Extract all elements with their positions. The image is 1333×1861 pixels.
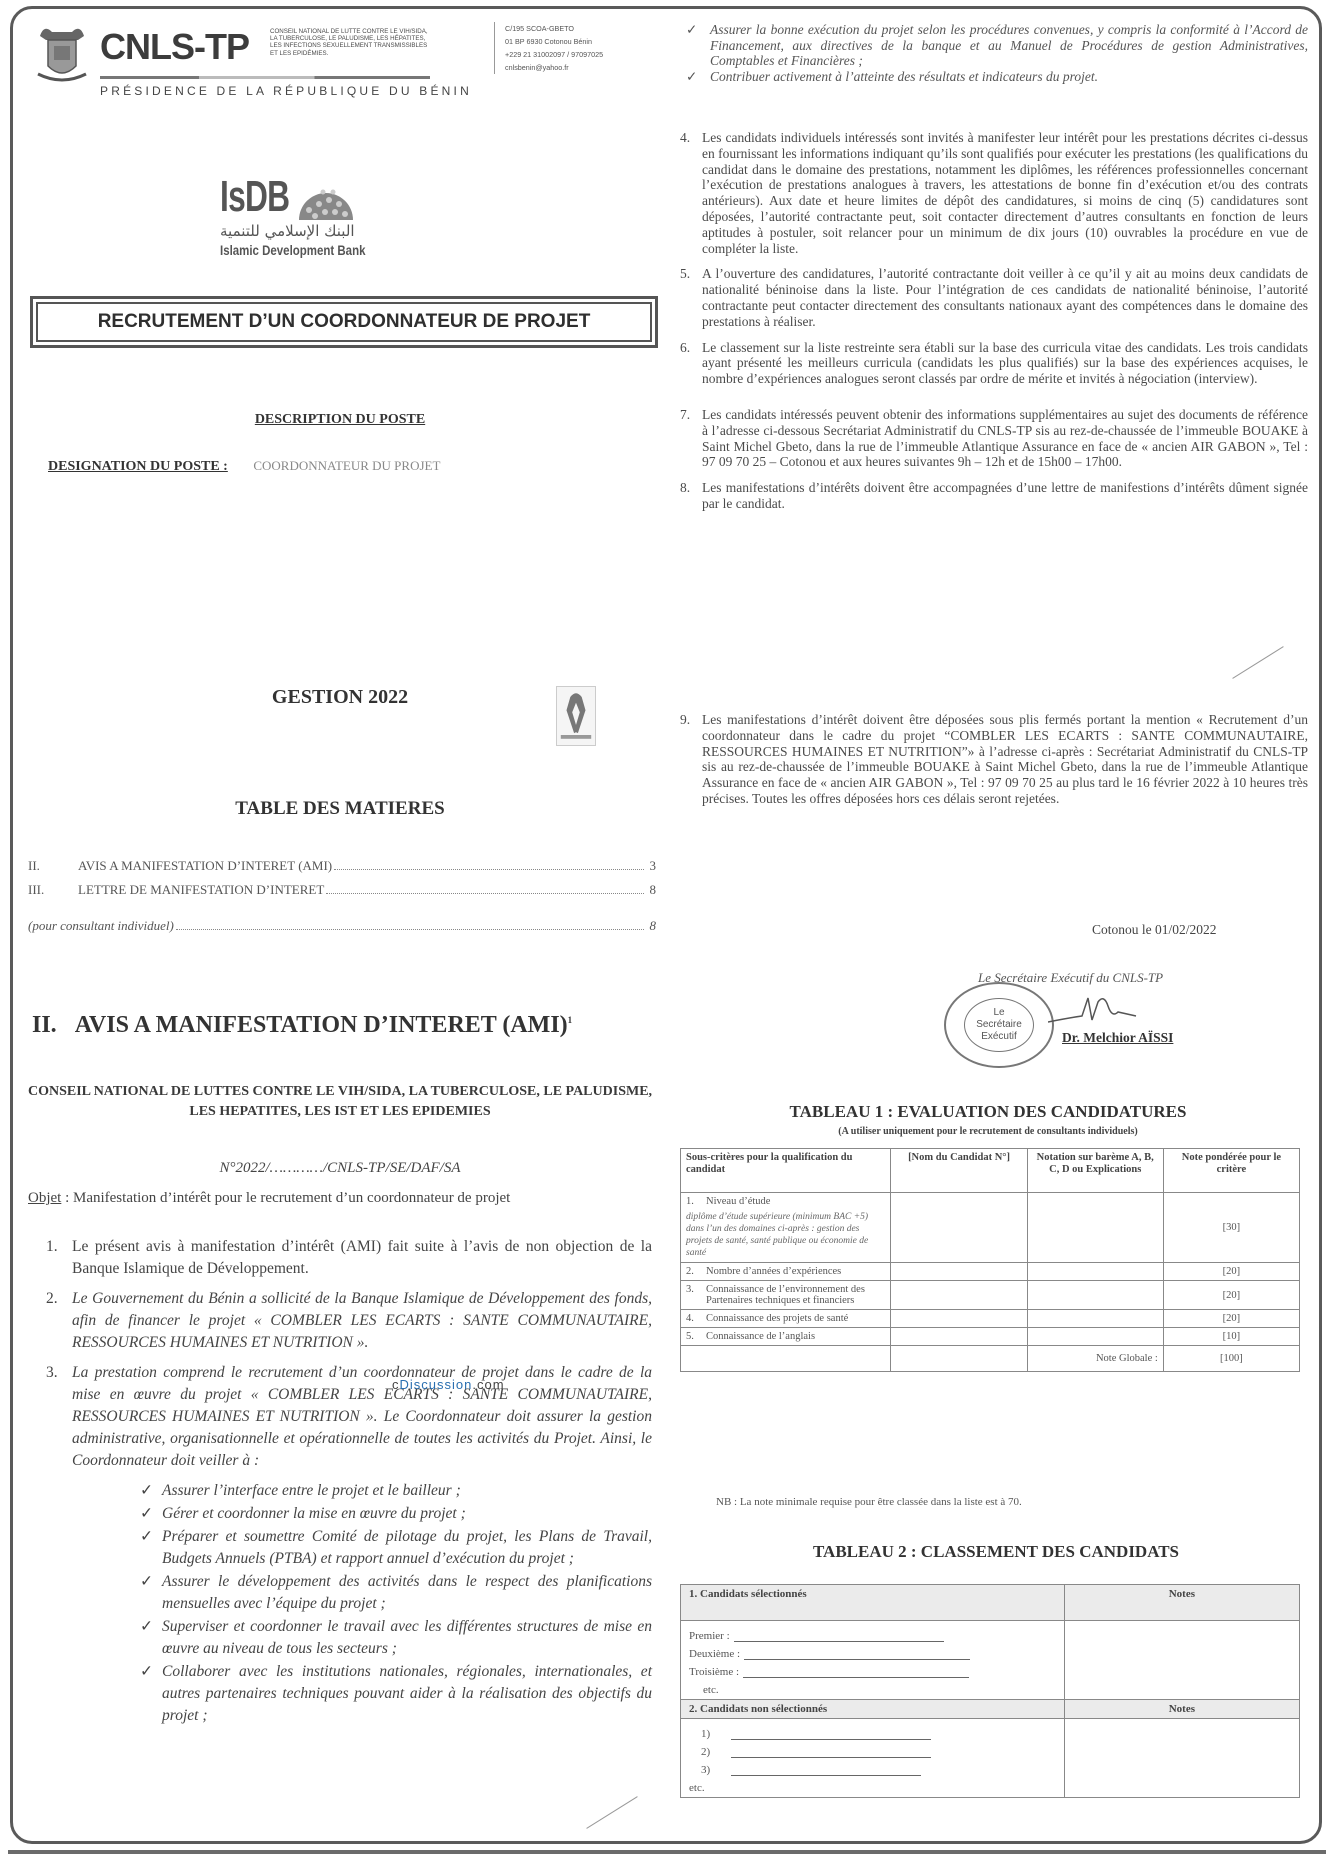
checkmark-icon: ✓ xyxy=(140,1503,162,1525)
paragraph: 9.Les manifestations d’intérêt doivent ê… xyxy=(680,712,1308,807)
candidate-name-cell[interactable] xyxy=(891,1310,1027,1328)
contact-email[interactable]: cnlsbenin@yahoo.fr xyxy=(505,61,603,74)
duty-item: ✓Assurer l’interface entre le projet et … xyxy=(140,1480,652,1502)
designation-value: COORDONNATEUR DU PROJET xyxy=(253,458,440,473)
isdb-acronym: IsDB xyxy=(220,172,289,222)
ami-paragraph-9: 9.Les manifestations d’intérêt doivent ê… xyxy=(680,712,1308,817)
weight-cell: [10] xyxy=(1163,1328,1299,1346)
table-row: 3.Connaissance de l’environnement des Pa… xyxy=(681,1281,1300,1310)
table-header-row: Sous-critères pour la qualification du c… xyxy=(681,1149,1300,1193)
contact-block: C/195 SCOA-GBETO 01 BP 6930 Cotonou Béni… xyxy=(494,22,603,74)
total-label: Note Globale : xyxy=(1027,1346,1163,1372)
paragraph: 4.Les candidats individuels intéressés s… xyxy=(680,130,1308,256)
ranking-entry[interactable]: Deuxième : xyxy=(689,1642,1056,1660)
toc-entry[interactable]: III. LETTRE DE MANIFESTATION D’INTERET 8 xyxy=(28,882,656,906)
weight-cell: [20] xyxy=(1163,1281,1299,1310)
candidate-name-cell[interactable] xyxy=(891,1281,1027,1310)
table-header-row: 1. Candidats sélectionnés Notes xyxy=(681,1585,1300,1621)
checkmark-icon: ✓ xyxy=(686,22,710,69)
footnote-mark[interactable]: 1 xyxy=(568,1015,573,1025)
ranking-entry[interactable]: Premier : xyxy=(689,1624,1056,1642)
total-value: [100] xyxy=(1163,1346,1299,1372)
duties-list: ✓Assurer l’interface entre le projet et … xyxy=(140,1480,652,1727)
evaluation-table: Sous-critères pour la qualification du c… xyxy=(680,1148,1300,1372)
rating-cell[interactable] xyxy=(1027,1281,1163,1310)
duties-list-continued: ✓Assurer la bonne exécution du projet se… xyxy=(686,22,1308,84)
rating-cell[interactable] xyxy=(1027,1310,1163,1328)
table-row: 1.Niveau d’étudediplôme d’étude supérieu… xyxy=(681,1193,1300,1263)
ranking-entry[interactable]: Troisième : xyxy=(689,1660,1056,1678)
contact-po-box: 01 BP 6930 Cotonou Bénin xyxy=(505,35,603,48)
council-name: CONSEIL NATIONAL DE LUTTES CONTRE LE VIH… xyxy=(22,1082,658,1122)
globe-icon xyxy=(295,178,357,222)
bottom-rule xyxy=(8,1850,1326,1854)
criterion-cell: 4.Connaissance des projets de santé xyxy=(681,1310,891,1328)
ranking-table: 1. Candidats sélectionnés Notes Premier … xyxy=(680,1584,1300,1798)
table1-title: TABLEAU 1 : EVALUATION DES CANDIDATURES xyxy=(668,1102,1308,1122)
criterion-cell: 1.Niveau d’étudediplôme d’étude supérieu… xyxy=(681,1193,891,1263)
total-row: Note Globale :[100] xyxy=(681,1346,1300,1372)
official-stamp: Le Secrétaire Exécutif xyxy=(944,982,1054,1068)
isdb-logo: IsDB البنك الإسلامي للتنمية Islamic Deve… xyxy=(220,172,400,262)
brand-divider xyxy=(100,76,430,79)
duty-item: ✓Préparer et soumettre Comité de pilotag… xyxy=(140,1526,652,1570)
left-column: CNLS-TP Conseil National de Lutte contre… xyxy=(22,12,658,102)
rating-cell[interactable] xyxy=(1027,1328,1163,1346)
contact-address: C/195 SCOA-GBETO xyxy=(505,22,603,35)
duty-item: ✓Assurer la bonne exécution du projet se… xyxy=(686,22,1308,69)
designation-label: DESIGNATION DU POSTE : xyxy=(48,459,228,474)
toc-heading: TABLE DES MATIERES xyxy=(22,798,658,820)
watermark: cDiscussion.com xyxy=(392,1377,505,1392)
duty-item: ✓Gérer et coordonner la mise en œuvre du… xyxy=(140,1503,652,1525)
paragraph: 1. Le présent avis à manifestation d’int… xyxy=(46,1236,652,1280)
weight-cell: [20] xyxy=(1163,1310,1299,1328)
designation-line: DESIGNATION DU POSTE : COORDONNATEUR DU … xyxy=(48,458,440,475)
table1-subtitle: (A utiliser uniquement pour le recruteme… xyxy=(668,1126,1308,1137)
reference-number: N°2022/…………/CNLS-TP/SE/DAF/SA xyxy=(22,1160,658,1177)
letterhead: CNLS-TP Conseil National de Lutte contre… xyxy=(22,12,658,102)
place-date: Cotonou le 01/02/2022 xyxy=(1092,922,1217,938)
checkmark-icon: ✓ xyxy=(140,1616,162,1660)
objet-text: : Manifestation d’intérêt pour le recrut… xyxy=(61,1190,510,1206)
ranking-entry[interactable]: 2) xyxy=(689,1740,1056,1758)
paragraph: 7.Les candidats intéressés peuvent obten… xyxy=(680,407,1308,470)
criterion-cell: 2.Nombre d’années d’expériences xyxy=(681,1263,891,1281)
toc-entry[interactable]: (pour consultant individuel) 8 xyxy=(28,918,656,942)
blank-line[interactable] xyxy=(731,1748,931,1758)
blank-line[interactable] xyxy=(744,1650,970,1660)
coat-of-arms-icon xyxy=(34,22,90,86)
selected-notes-cell[interactable] xyxy=(1064,1621,1299,1700)
brand-description: Conseil National de Lutte contre le VIH/… xyxy=(270,28,430,57)
checkmark-icon: ✓ xyxy=(140,1571,162,1615)
rating-cell[interactable] xyxy=(1027,1263,1163,1281)
description-heading: DESCRIPTION DU POSTE xyxy=(22,412,658,428)
paragraph: 3. La prestation comprend le recrutement… xyxy=(46,1362,652,1472)
signature-icon xyxy=(1048,992,1138,1032)
paragraph: 5.A l’ouverture des candidatures, l’auto… xyxy=(680,266,1308,329)
table-row: 2.Nombre d’années d’expériences[20] xyxy=(681,1263,1300,1281)
ami-paragraphs-right: 4.Les candidats individuels intéressés s… xyxy=(680,130,1308,522)
paragraph: 8.Les manifestations d’intérêts doivent … xyxy=(680,480,1308,512)
checkmark-icon: ✓ xyxy=(686,69,710,85)
table-row: 4.Connaissance des projets de santé[20] xyxy=(681,1310,1300,1328)
ranking-entry[interactable]: 1) xyxy=(689,1722,1056,1740)
criterion-cell: 3.Connaissance de l’environnement des Pa… xyxy=(681,1281,891,1310)
duty-item: ✓Assurer le développement des activités … xyxy=(140,1571,652,1615)
document-title: RECRUTEMENT D’UN COORDONNATEUR DE PROJET xyxy=(36,302,652,342)
ami-paragraphs: 1. Le présent avis à manifestation d’int… xyxy=(46,1236,652,1728)
signatory-name: Dr. Melchior AÏSSI xyxy=(1062,1030,1173,1046)
not-selected-candidates-row: 1)2)3)etc. xyxy=(681,1719,1300,1798)
isdb-name: Islamic Development Bank xyxy=(220,242,365,258)
weight-cell: [20] xyxy=(1163,1263,1299,1281)
stamp-text: Le Secrétaire Exécutif xyxy=(964,998,1034,1052)
toc-entry[interactable]: II. AVIS A MANIFESTATION D’INTERET (AMI)… xyxy=(28,858,656,882)
table-of-contents: II. AVIS A MANIFESTATION D’INTERET (AMI)… xyxy=(28,858,656,942)
etc-text: etc. xyxy=(689,1678,1056,1696)
candidate-name-cell[interactable] xyxy=(891,1193,1027,1263)
table2-title: TABLEAU 2 : CLASSEMENT DES CANDIDATS xyxy=(676,1542,1316,1562)
blank-line[interactable] xyxy=(734,1632,944,1642)
minimum-score-note: NB : La note minimale requise pour être … xyxy=(716,1496,1022,1508)
checkmark-icon: ✓ xyxy=(140,1480,162,1502)
isdb-arabic-name: البنك الإسلامي للتنمية xyxy=(220,222,355,240)
presidence-text: PRÉSIDENCE DE LA RÉPUBLIQUE DU BÉNIN xyxy=(100,84,472,98)
candidate-name-cell[interactable] xyxy=(891,1263,1027,1281)
weight-cell: [30] xyxy=(1163,1193,1299,1263)
criterion-cell: 5.Connaissance de l’anglais xyxy=(681,1328,891,1346)
not-selected-notes-cell[interactable] xyxy=(1064,1719,1299,1798)
blank-line[interactable] xyxy=(731,1766,921,1776)
table-row: 5.Connaissance de l’anglais[10] xyxy=(681,1328,1300,1346)
ami-heading: II.AVIS A MANIFESTATION D’INTERET (AMI)1 xyxy=(32,1012,572,1039)
selected-candidates-row: Premier :Deuxième :Troisième :etc. xyxy=(681,1621,1300,1700)
candidate-name-cell[interactable] xyxy=(891,1328,1027,1346)
paragraph: 6.Le classement sur la liste restreinte … xyxy=(680,340,1308,387)
objet-line: Objet : Manifestation d’intérêt pour le … xyxy=(28,1190,510,1207)
criterion-detail: diplôme d’étude supérieure (minimum BAC … xyxy=(686,1211,885,1259)
table-header-row: 2. Candidats non sélectionnés Notes xyxy=(681,1700,1300,1719)
blank-line[interactable] xyxy=(731,1730,931,1740)
ranking-entry[interactable]: 3) xyxy=(689,1758,1056,1776)
awareness-ribbon-icon xyxy=(556,686,596,746)
duty-item: ✓Superviser et coordonner le travail ave… xyxy=(140,1616,652,1660)
document-title-box: RECRUTEMENT D’UN COORDONNATEUR DE PROJET xyxy=(30,296,658,348)
objet-label: Objet xyxy=(28,1190,61,1206)
brand-name: CNLS-TP xyxy=(100,26,249,68)
duty-item: ✓Contribuer activement à l’atteinte des … xyxy=(686,69,1308,85)
checkmark-icon: ✓ xyxy=(140,1526,162,1570)
checkmark-icon: ✓ xyxy=(140,1661,162,1727)
etc-text: etc. xyxy=(689,1776,1056,1794)
contact-phone: +229 21 31002097 / 97097025 xyxy=(505,48,603,61)
blank-line[interactable] xyxy=(743,1668,969,1678)
duty-item: ✓Collaborer avec les institutions nation… xyxy=(140,1661,652,1727)
paragraph: 2. Le Gouvernement du Bénin a sollicité … xyxy=(46,1288,652,1354)
rating-cell[interactable] xyxy=(1027,1193,1163,1263)
